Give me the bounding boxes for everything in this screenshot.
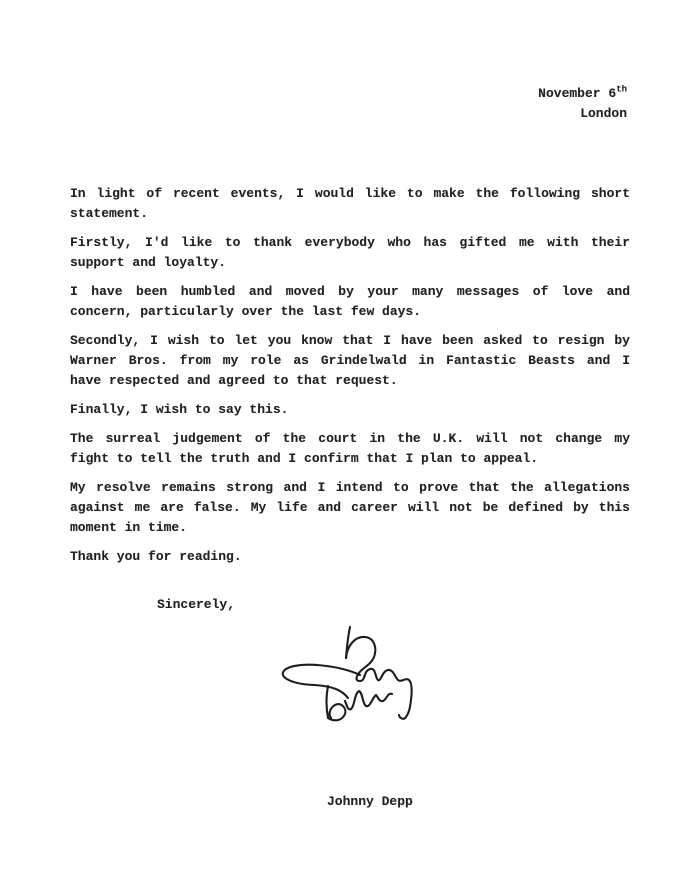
paragraph: I have been humbled and moved by your ma… [70, 282, 630, 322]
paragraph: Thank you for reading. [70, 547, 630, 567]
letter-line: The surreal judgement of the court in th… [70, 429, 630, 449]
letter-line: I have been humbled and moved by your ma… [70, 282, 630, 302]
paragraph: In light of recent events, I would like … [70, 184, 630, 224]
signature-stroke [283, 665, 360, 698]
date-text: November 6 [538, 86, 616, 101]
location-line: London [538, 104, 627, 124]
letter-body: In light of recent events, I would like … [70, 184, 630, 576]
letter-line: have respected and agreed to that reques… [70, 371, 630, 391]
closing-salutation: Sincerely, [157, 595, 235, 615]
paragraph: Secondly, I wish to let you know that I … [70, 331, 630, 391]
signed-name: Johnny Depp [327, 792, 413, 812]
johnny-depp-signature-icon [276, 624, 418, 728]
signature-stroke [327, 686, 346, 720]
date-superscript: th [616, 85, 627, 95]
letter-line: fight to tell the truth and I confirm th… [70, 449, 630, 469]
signature-stroke [346, 637, 412, 719]
letter-line: against me are false. My life and career… [70, 498, 630, 518]
paragraph: The surreal judgement of the court in th… [70, 429, 630, 469]
letter-line: moment in time. [70, 518, 630, 538]
letter-line: In light of recent events, I would like … [70, 184, 630, 204]
paragraph: Finally, I wish to say this. [70, 400, 630, 420]
letter-line: support and loyalty. [70, 253, 630, 273]
paragraph: My resolve remains strong and I intend t… [70, 478, 630, 538]
letter-line: Thank you for reading. [70, 547, 630, 567]
letter-line: statement. [70, 204, 630, 224]
letter-line: Firstly, I'd like to thank everybody who… [70, 233, 630, 253]
letter-line: My resolve remains strong and I intend t… [70, 478, 630, 498]
paragraph: Firstly, I'd like to thank everybody who… [70, 233, 630, 273]
signature-stroke [345, 691, 392, 709]
letter-line: Secondly, I wish to let you know that I … [70, 331, 630, 351]
date-block: November 6th London [538, 84, 627, 124]
letter-line: Warner Bros. from my role as Grindelwald… [70, 351, 630, 371]
letter-page: November 6th London In light of recent e… [0, 0, 695, 870]
letter-line: Finally, I wish to say this. [70, 400, 630, 420]
letter-line: concern, particularly over the last few … [70, 302, 630, 322]
date-line: November 6th [538, 84, 627, 104]
